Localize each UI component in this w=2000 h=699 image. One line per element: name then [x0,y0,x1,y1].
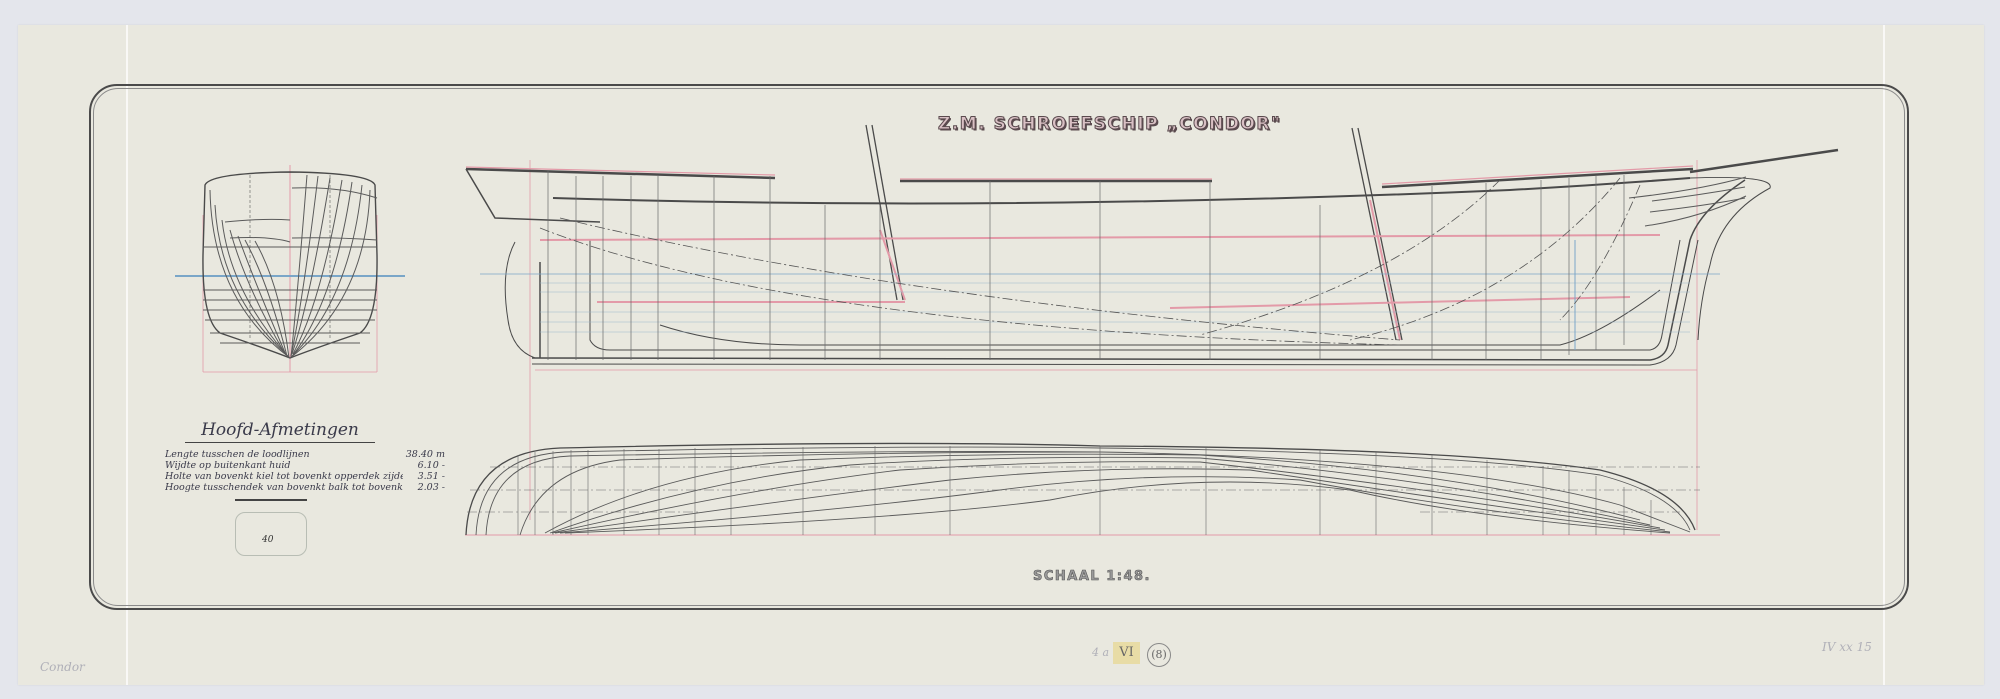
dimension-value: 6.10 - [403,460,445,471]
dimension-value: 3.51 - [403,471,445,482]
dimension-value: 38.40 m [403,449,445,460]
pencil-mark-bottom-right: IV xx 15 [1822,640,1872,654]
ship-lines-drawing [0,0,2000,699]
dimension-row: Lengte tusschen de loodlijnen 38.40 m [165,449,445,460]
dimension-label: Lengte tusschen de loodlijnen [165,449,403,460]
dimension-value: 2.03 - [403,482,445,493]
stamp-number: 40 [262,535,273,545]
dimensions-title: Hoofd-Afmetingen [185,420,375,443]
dimension-label: Holte van bovenkt kiel tot bovenkt opper… [165,471,403,482]
divider [235,499,307,501]
archive-tag: VI [1113,642,1140,664]
dimension-label: Wijdte op buitenkant huid [165,460,403,471]
archive-stamp [235,512,307,556]
drawing-title: Z.M. SCHROEFSCHIP „CONDOR" [938,114,1281,134]
scale-label: SCHAAL 1:48. [1033,569,1151,584]
dimension-row: Hoogte tusschendek van bovenkt balk tot … [165,482,445,493]
dimensions-table: Hoofd-Afmetingen Lengte tusschen de lood… [165,420,445,501]
pencil-mark-bottom-left: Condor [40,660,85,674]
dimension-row: Wijdte op buitenkant huid 6.10 - [165,460,445,471]
archive-circle-number: (8) [1147,643,1171,667]
pencil-mark: 4 a [1092,646,1109,659]
dimension-row: Holte van bovenkt kiel tot bovenkt opper… [165,471,445,482]
dimension-label: Hoogte tusschendek van bovenkt balk tot … [165,482,403,493]
half-breadth-plan [465,443,1720,535]
body-plan [175,165,405,372]
